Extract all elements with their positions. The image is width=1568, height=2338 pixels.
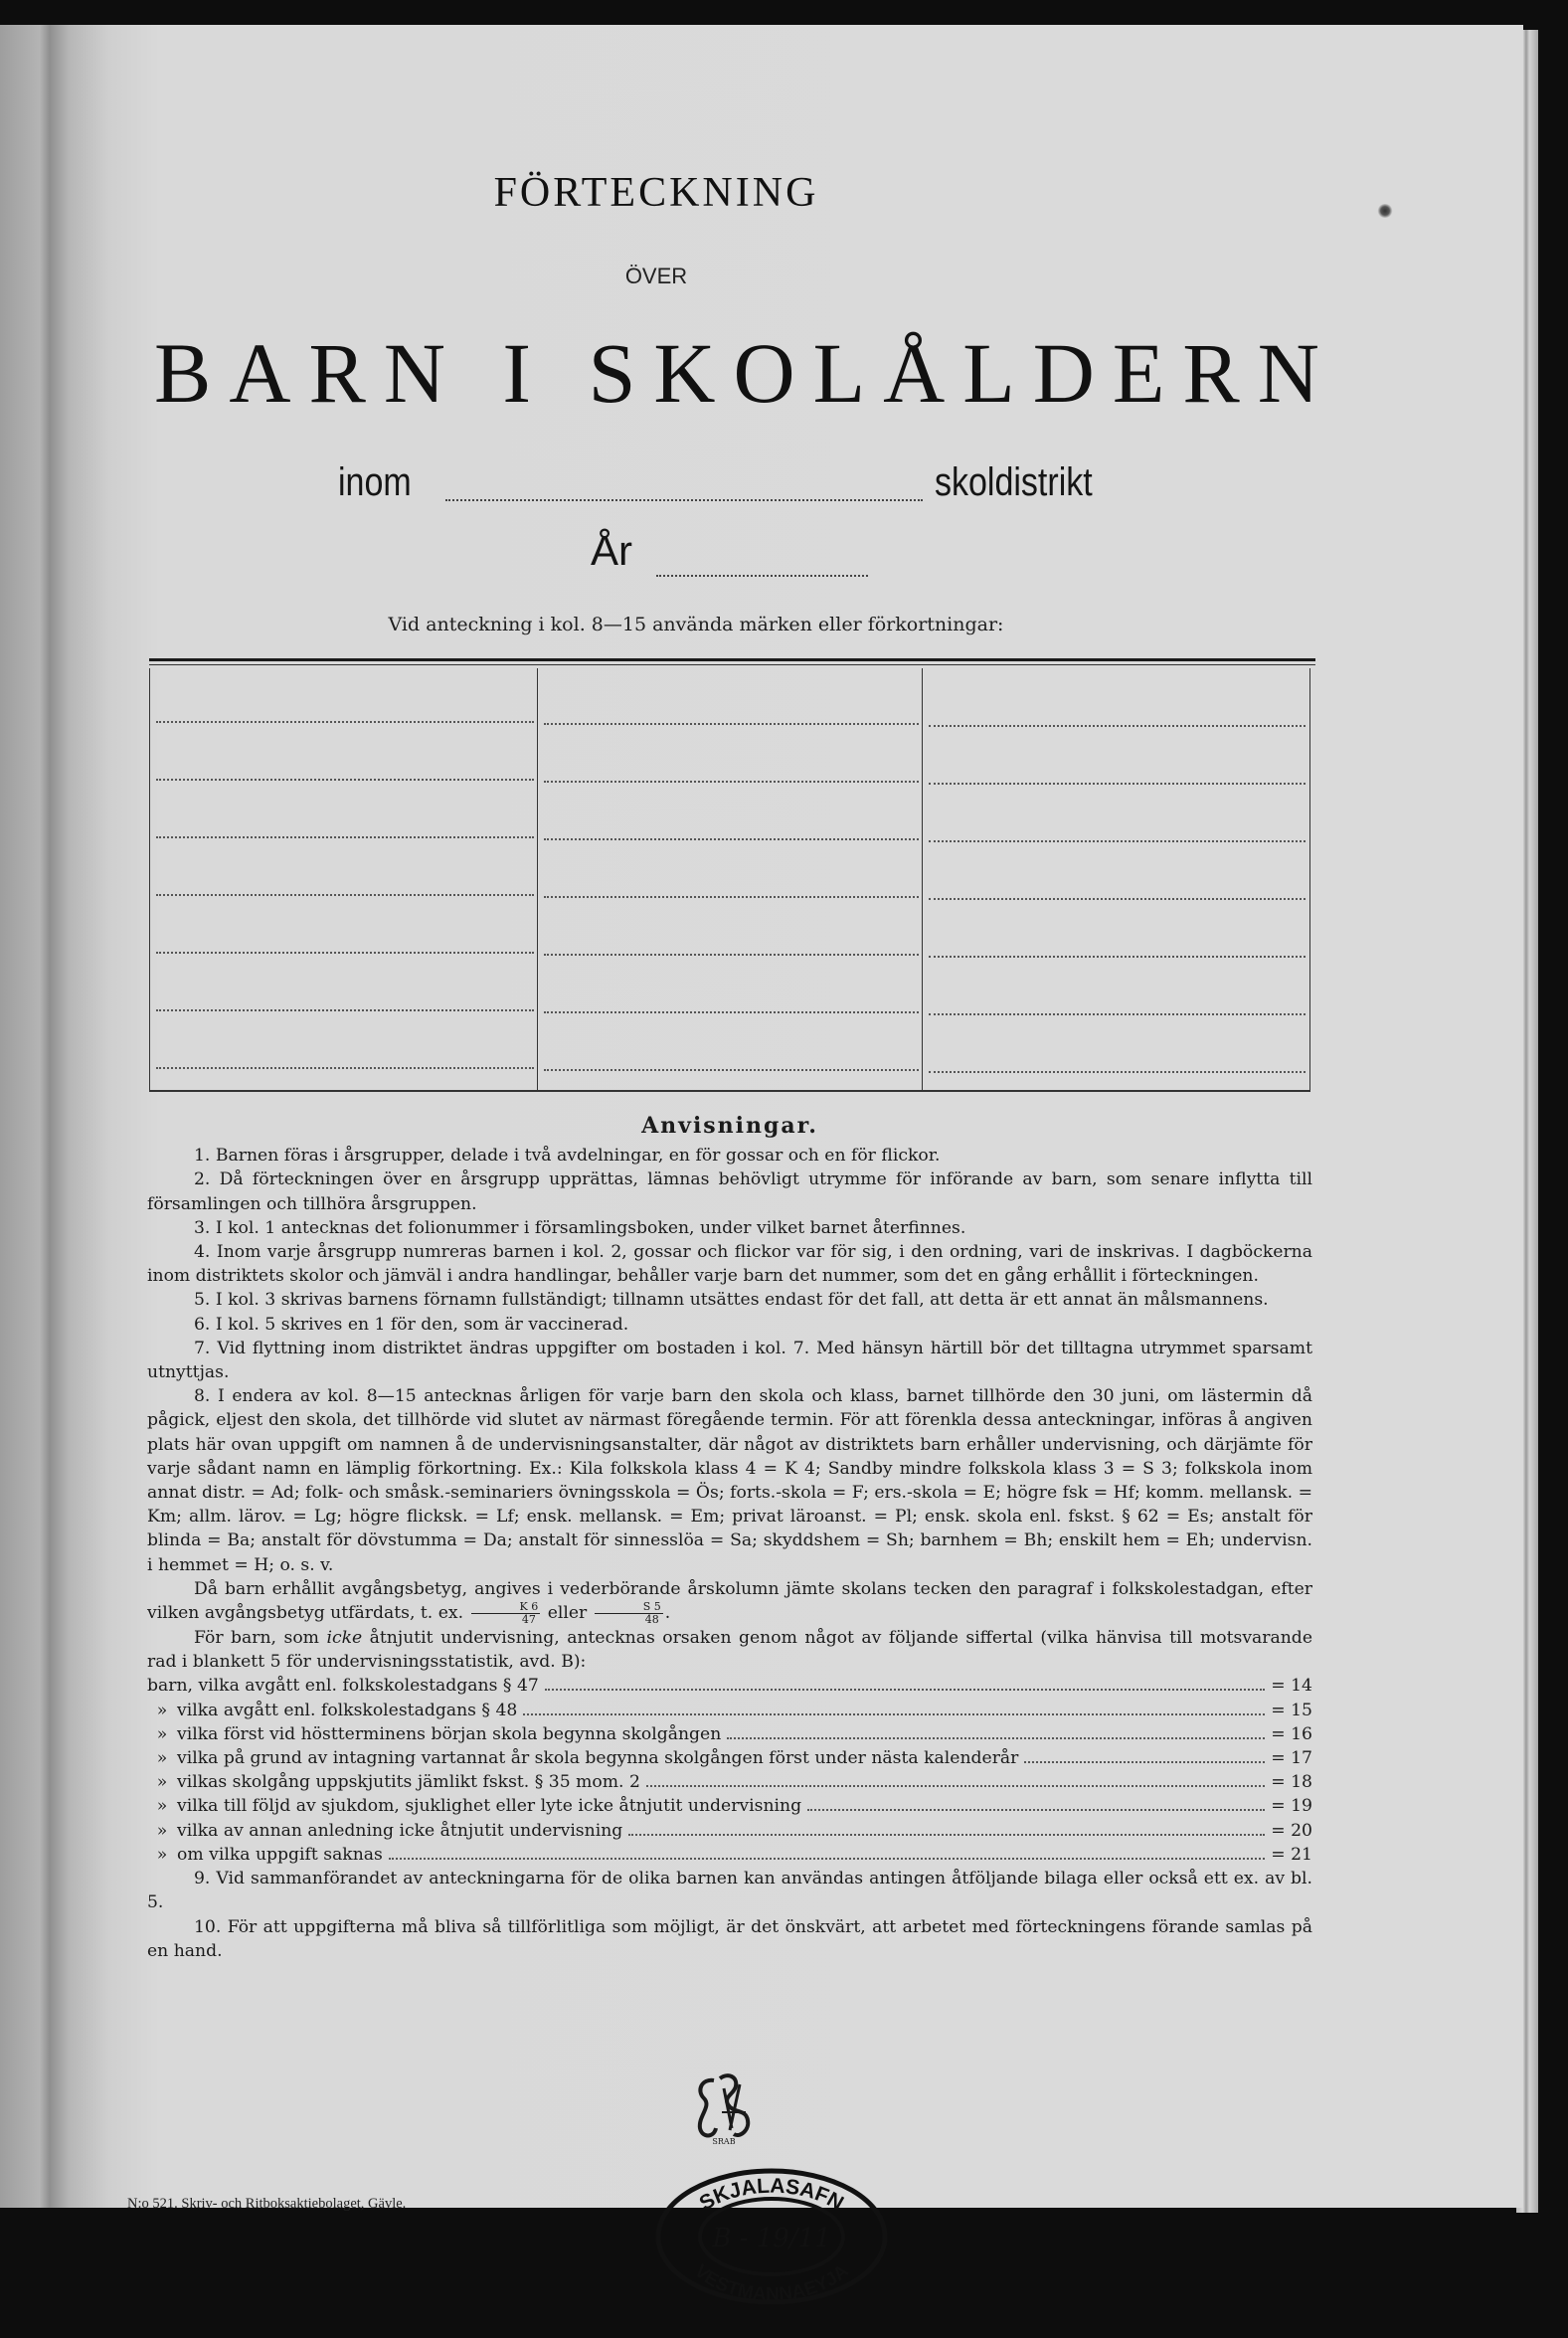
leader-dots xyxy=(646,1785,1265,1787)
legend-note: Vid anteckning i kol. 8—15 använda märke… xyxy=(0,614,1392,635)
icke-paragraph: För barn, som icke åtnjutit undervisning… xyxy=(147,1626,1312,1674)
abbreviation-entry[interactable] xyxy=(929,725,1306,727)
abbreviation-entry[interactable] xyxy=(929,1071,1306,1073)
instruction-item-3: 3. I kol. 1 antecknas det folionummer i … xyxy=(147,1216,1312,1240)
archive-stamp: SKJALASAFN VESTMANNAEYJA B - 19/11 xyxy=(652,2165,891,2308)
abbreviation-entry[interactable] xyxy=(544,1069,919,1071)
abbreviation-entry[interactable] xyxy=(156,779,534,781)
icke-intro-after: åtnjutit undervisning, antecknas orsaken… xyxy=(147,1628,1312,1672)
abbreviation-entry[interactable] xyxy=(544,781,919,783)
example-fraction-2: S 548 xyxy=(595,1601,663,1626)
instructions-heading: Anvisningar. xyxy=(147,1114,1312,1138)
abbreviation-entry[interactable] xyxy=(156,952,534,954)
svg-text:VESTMANNAEYJA: VESTMANNAEYJA xyxy=(690,2260,853,2304)
abbreviation-entry[interactable] xyxy=(929,1013,1306,1015)
leader-dots xyxy=(545,1689,1265,1691)
table-rule-top-thin xyxy=(149,664,1315,665)
abbreviations-table xyxy=(149,658,1310,1092)
instruction-item-1: 1. Barnen föras i årsgrupper, delade i t… xyxy=(147,1144,1312,1168)
abbreviation-entry[interactable] xyxy=(544,1011,919,1013)
instruction-item-10: 10. För att uppgifterna må bliva så till… xyxy=(147,1915,1312,1963)
document-page: FÖRTECKNING ÖVER BARN I SKOLÅLDERN inom … xyxy=(0,25,1523,2208)
skoldistrikt-label: skoldistrikt xyxy=(935,460,1093,505)
publisher-monogram-icon: SRAB xyxy=(684,2068,764,2152)
reason-code-row: »vilkas skolgång uppskjutits jämlikt fsk… xyxy=(147,1770,1312,1794)
leader-dots xyxy=(628,1834,1265,1836)
ink-smudge xyxy=(1377,204,1393,218)
leader-dots xyxy=(389,1858,1265,1860)
year-field[interactable] xyxy=(656,575,868,577)
table-column-1 xyxy=(149,668,538,1090)
icke-intro-before: För barn, som xyxy=(194,1628,319,1648)
school-district-field[interactable] xyxy=(445,499,923,501)
abbreviation-entry[interactable] xyxy=(156,721,534,723)
example-fraction-1: K 647 xyxy=(471,1601,541,1626)
abbreviation-entry[interactable] xyxy=(156,1067,534,1069)
form-title-over: ÖVER xyxy=(0,264,1312,289)
instruction-item-5: 5. I kol. 3 skrivas barnens förnamn full… xyxy=(147,1288,1312,1312)
table-rule-bottom xyxy=(149,1090,1310,1092)
inom-label: inom xyxy=(338,460,412,505)
form-title-main: BARN I SKOLÅLDERN xyxy=(154,323,1322,423)
instruction-item-9: 9. Vid sammanförandet av anteckningarna … xyxy=(147,1867,1312,1914)
leader-dots xyxy=(1024,1761,1265,1763)
abbreviation-entry[interactable] xyxy=(544,954,919,956)
abbreviation-entry[interactable] xyxy=(544,838,919,840)
abbreviation-entry[interactable] xyxy=(544,723,919,725)
instruction-item-8: 8. I endera av kol. 8—15 antecknas årlig… xyxy=(147,1384,1312,1577)
abbreviation-entry[interactable] xyxy=(156,1009,534,1011)
instruction-item-7: 7. Vid flyttning inom distriktet ändras … xyxy=(147,1337,1312,1384)
abbreviation-entry[interactable] xyxy=(929,783,1306,785)
stamp-handwritten-ref: B - 19/11 xyxy=(711,2224,830,2253)
abbreviation-entry[interactable] xyxy=(929,898,1306,900)
avgangsbetyg-paragraph: Då barn erhållit avgångsbetyg, angives i… xyxy=(147,1577,1312,1626)
example-or: eller xyxy=(548,1603,588,1623)
abbreviation-entry[interactable] xyxy=(156,836,534,838)
monogram-text: SRAB xyxy=(712,2137,735,2146)
leader-dots xyxy=(523,1713,1265,1715)
leader-dots xyxy=(807,1809,1265,1811)
reason-code-row: »om vilka uppgift saknas= 21 xyxy=(147,1843,1312,1867)
year-label: År xyxy=(591,527,632,575)
reason-code-row: »vilka av annan anledning icke åtnjutit … xyxy=(147,1819,1312,1843)
abbreviation-entry[interactable] xyxy=(544,896,919,898)
table-column-2 xyxy=(537,668,923,1090)
table-rule-top xyxy=(149,658,1315,661)
instruction-item-2: 2. Då förteckningen över en årsgrupp upp… xyxy=(147,1168,1312,1215)
reason-code-row: »vilka först vid höstterminens början sk… xyxy=(147,1722,1312,1746)
reason-code-row: »vilka avgått enl. folkskolestadgans § 4… xyxy=(147,1699,1312,1722)
instruction-item-4: 4. Inom varje årsgrupp numreras barnen i… xyxy=(147,1240,1312,1288)
reason-code-row: barn, vilka avgått enl. folkskolestadgan… xyxy=(147,1674,1312,1698)
printer-imprint: N:o 521. Skriv- och Ritboksaktiebolaget,… xyxy=(127,2196,406,2213)
table-column-3 xyxy=(922,668,1310,1090)
reason-codes-list: barn, vilka avgått enl. folkskolestadgan… xyxy=(147,1674,1312,1867)
reason-code-row: »vilka på grund av intagning vartannat å… xyxy=(147,1746,1312,1770)
leader-dots xyxy=(727,1737,1265,1739)
abbreviation-entry[interactable] xyxy=(929,956,1306,958)
stamp-bottom-text: VESTMANNAEYJA xyxy=(690,2260,853,2304)
icke-word: icke xyxy=(326,1628,362,1648)
reason-code-row: »vilka till följd av sjukdom, sjuklighet… xyxy=(147,1794,1312,1818)
instruction-item-6: 6. I kol. 5 skrives en 1 för den, som är… xyxy=(147,1313,1312,1337)
instructions-section: Anvisningar. 1. Barnen föras i årsgruppe… xyxy=(147,1114,1312,1963)
abbreviation-entry[interactable] xyxy=(929,840,1306,842)
avgangsbetyg-text: Då barn erhållit avgångsbetyg, angives i… xyxy=(147,1579,1312,1623)
form-title-forteckning: FÖRTECKNING xyxy=(0,169,1312,217)
abbreviation-entry[interactable] xyxy=(156,894,534,896)
